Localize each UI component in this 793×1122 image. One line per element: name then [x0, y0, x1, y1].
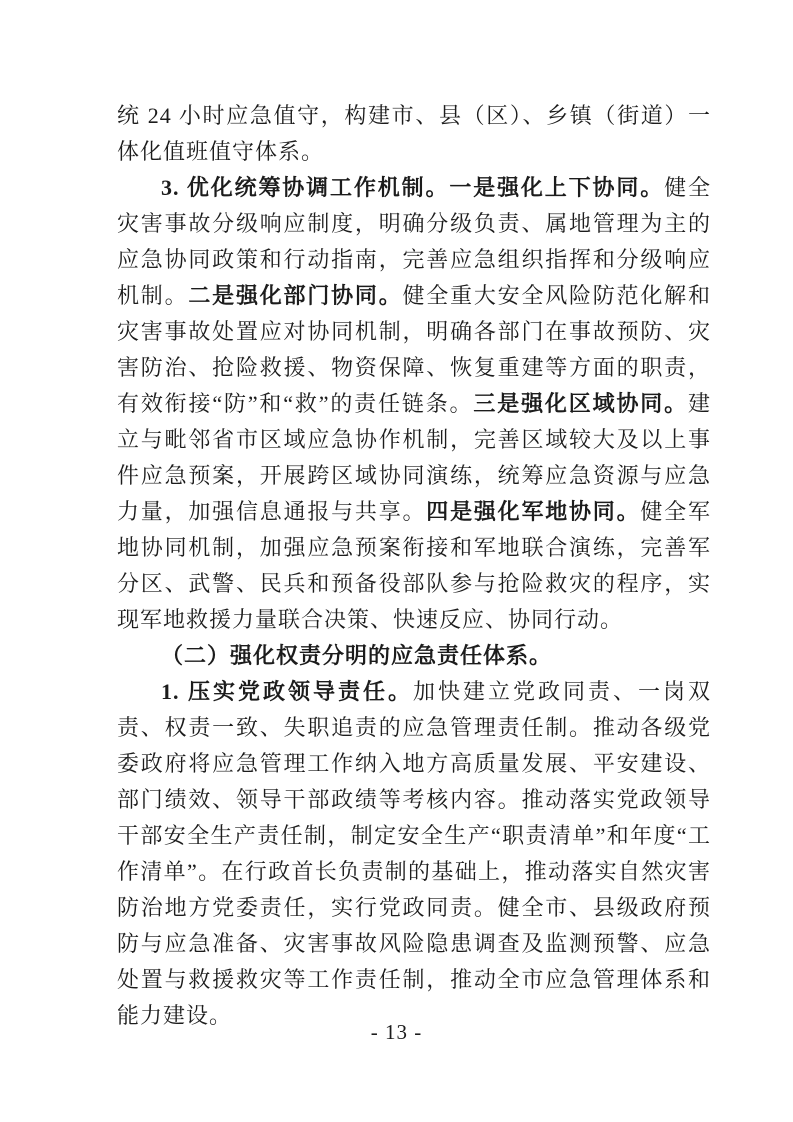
paragraph-section-heading: （二）强化权责分明的应急责任体系。 — [117, 638, 711, 674]
text-run: 加快建立党政同责、一岗双责、权责一致、失职追责的应急管理责任制。推动各级党委政府… — [117, 679, 711, 1028]
paragraph-continuation: 统 24 小时应急值守，构建市、县（区）、乡镇（街道）一体化值班值守体系。 — [117, 98, 711, 170]
document-body: 统 24 小时应急值守，构建市、县（区）、乡镇（街道）一体化值班值守体系。 3.… — [117, 98, 711, 1034]
text-run-heading: 3. 优化统筹协调工作机制。一是强化上下协同。 — [161, 175, 664, 200]
text-run-heading: 二是强化部门协同。 — [188, 283, 402, 308]
paragraph-item-3: 3. 优化统筹协调工作机制。一是强化上下协同。健全灾害事故分级响应制度，明确分级… — [117, 170, 711, 638]
text-run-heading: （二）强化权责分明的应急责任体系。 — [161, 643, 552, 668]
text-run-heading: 三是强化区域协同。 — [473, 391, 688, 416]
document-page: 统 24 小时应急值守，构建市、县（区）、乡镇（街道）一体化值班值守体系。 3.… — [0, 0, 793, 1122]
text-run: 统 24 小时应急值守，构建市、县（区）、乡镇（街道）一体化值班值守体系。 — [117, 103, 711, 164]
text-run-heading: 四是强化军地协同。 — [426, 499, 640, 524]
page-number: - 13 - — [0, 1020, 793, 1045]
text-run-heading: 1. 压实党政领导责任。 — [161, 679, 413, 704]
paragraph-item-1: 1. 压实党政领导责任。加快建立党政同责、一岗双责、权责一致、失职追责的应急管理… — [117, 674, 711, 1034]
